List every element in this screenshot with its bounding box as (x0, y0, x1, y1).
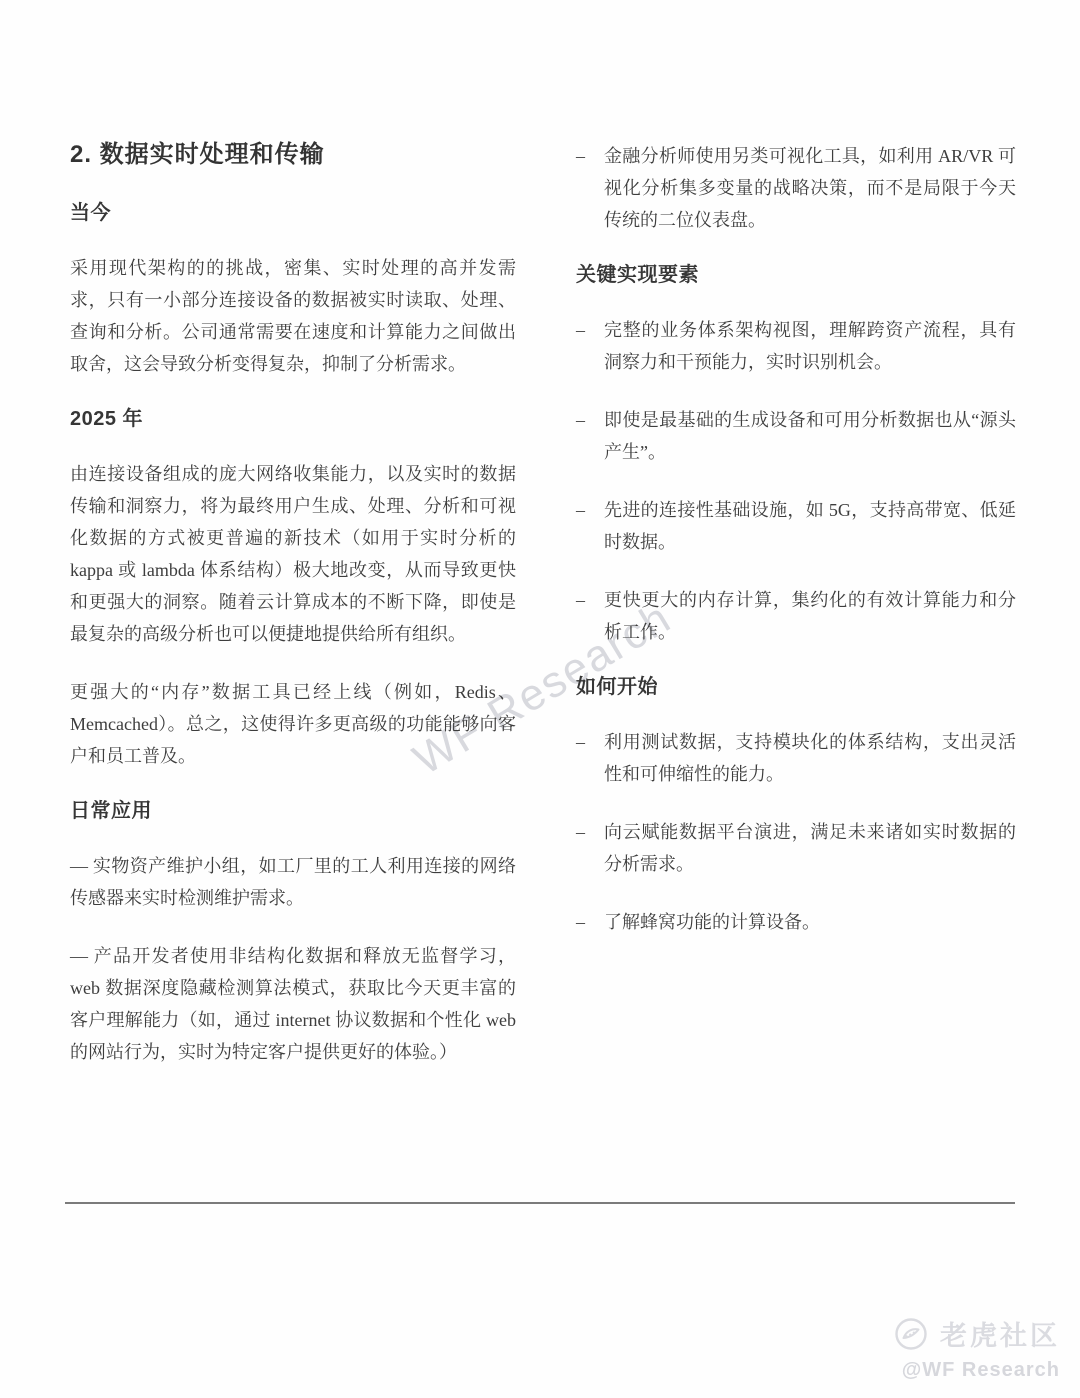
bullet-marker: – (576, 314, 604, 378)
document-page: WF Research 2. 数据实时处理和传输 当今 采用现代架构的的挑战，密… (0, 0, 1080, 1398)
paragraph: 由连接设备组成的庞大网络收集能力，以及实时的数据传输和洞察力，将为最终用户生成、… (70, 458, 516, 650)
brand-footer: 老虎社区 @WF Research (894, 1314, 1060, 1382)
subsection-heading-daily-use: 日常应用 (70, 798, 516, 824)
paragraph: 更强大的“内存”数据工具已经上线（例如，Redis、Memcached）。总之，… (70, 676, 516, 772)
paragraph: — 实物资产维护小组，如工厂里的工人利用连接的网络传感器来实时检测维护需求。 (70, 850, 516, 914)
subsection-heading-today: 当今 (70, 200, 516, 226)
bullet-item: – 金融分析师使用另类可视化工具，如利用 AR/VR 可视化分析集多变量的战略决… (576, 140, 1016, 236)
right-column: – 金融分析师使用另类可视化工具，如利用 AR/VR 可视化分析集多变量的战略决… (576, 140, 1016, 1094)
bullet-item: – 即使是最基础的生成设备和可用分析数据也从“源头产生”。 (576, 404, 1016, 468)
brand-handle: @WF Research (894, 1359, 1060, 1382)
bullet-text: 先进的连接性基础设施，如 5G，支持高带宽、低延时数据。 (604, 494, 1016, 558)
left-column: 2. 数据实时处理和传输 当今 采用现代架构的的挑战，密集、实时处理的高并发需求… (70, 140, 516, 1094)
brand-row: 老虎社区 (894, 1314, 1060, 1353)
bullet-marker: – (576, 906, 604, 938)
bullet-marker: – (576, 816, 604, 880)
bullet-marker: – (576, 404, 604, 468)
bullet-text: 利用测试数据，支持模块化的体系结构，支出灵活性和可伸缩性的能力。 (604, 726, 1016, 790)
bullet-item: – 更快更大的内存计算，集约化的有效计算能力和分析工作。 (576, 584, 1016, 648)
bullet-text: 了解蜂窝功能的计算设备。 (604, 906, 1016, 938)
bullet-text: 向云赋能数据平台演进，满足未来诸如实时数据的分析需求。 (604, 816, 1016, 880)
footer-divider (65, 1202, 1015, 1204)
bullet-item: – 向云赋能数据平台演进，满足未来诸如实时数据的分析需求。 (576, 816, 1016, 880)
paragraph: — 产品开发者使用非结构化数据和释放无监督学习，web 数据深度隐藏检测算法模式… (70, 940, 516, 1068)
section-title: 2. 数据实时处理和传输 (70, 140, 516, 170)
bullet-marker: – (576, 726, 604, 790)
bullet-text: 即使是最基础的生成设备和可用分析数据也从“源头产生”。 (604, 404, 1016, 468)
bullet-marker: – (576, 140, 604, 236)
bullet-text: 完整的业务体系架构视图，理解跨资产流程，具有洞察力和干预能力，实时识别机会。 (604, 314, 1016, 378)
subsection-heading-2025: 2025 年 (70, 406, 516, 432)
bullet-text: 更快更大的内存计算，集约化的有效计算能力和分析工作。 (604, 584, 1016, 648)
two-column-layout: 2. 数据实时处理和传输 当今 采用现代架构的的挑战，密集、实时处理的高并发需求… (70, 140, 1016, 1094)
bullet-text: 金融分析师使用另类可视化工具，如利用 AR/VR 可视化分析集多变量的战略决策，… (604, 140, 1016, 236)
paragraph: 采用现代架构的的挑战，密集、实时处理的高并发需求，只有一小部分连接设备的数据被实… (70, 252, 516, 380)
tiger-logo-icon (894, 1317, 928, 1351)
bullet-marker: – (576, 494, 604, 558)
bullet-item: – 先进的连接性基础设施，如 5G，支持高带宽、低延时数据。 (576, 494, 1016, 558)
bullet-item: – 了解蜂窝功能的计算设备。 (576, 906, 1016, 938)
bullet-marker: – (576, 584, 604, 648)
subsection-heading-how-to-start: 如何开始 (576, 674, 1016, 700)
community-name: 老虎社区 (940, 1314, 1060, 1353)
subsection-heading-key-elements: 关键实现要素 (576, 262, 1016, 288)
bullet-item: – 完整的业务体系架构视图，理解跨资产流程，具有洞察力和干预能力，实时识别机会。 (576, 314, 1016, 378)
bullet-item: – 利用测试数据，支持模块化的体系结构，支出灵活性和可伸缩性的能力。 (576, 726, 1016, 790)
